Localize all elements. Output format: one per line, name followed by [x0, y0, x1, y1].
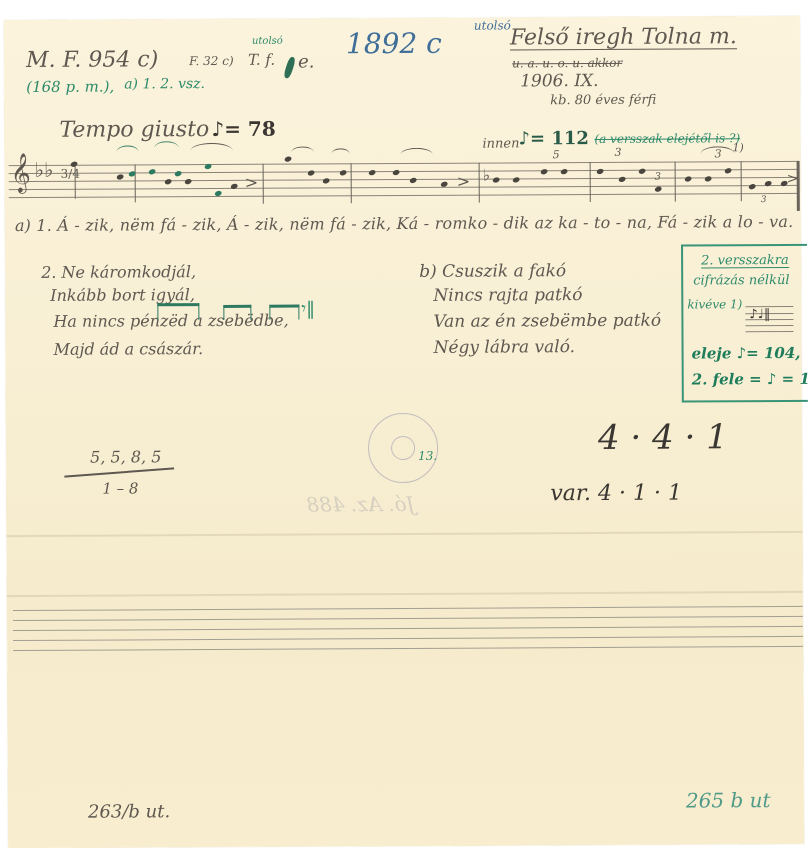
slur	[154, 141, 178, 154]
verse2-line: Majd ád a császár.	[54, 341, 204, 358]
side-box-tempo-2: 2. fele = ♪ = 120	[692, 372, 809, 388]
pm-ref: (168 p. m.),	[26, 80, 114, 95]
performer-info: kb. 80 éves férfi	[550, 94, 656, 108]
catalog-ref: M. F. 954 c)	[26, 49, 158, 72]
flat-key-icon: ♭♭	[35, 160, 54, 180]
analysis-denominator: 1 – 8	[102, 481, 138, 496]
struck-source-line: u. a. u. o. u. akkor	[512, 57, 622, 70]
struck-tempo-note: (a versszak elejétől is ?)	[594, 132, 740, 145]
footer-right-ref: 265 b ut	[686, 790, 771, 810]
barline	[590, 162, 592, 202]
slur	[116, 145, 138, 158]
variant-analysis: var. 4 · 1 · 1	[550, 483, 682, 506]
tuplet-3: 3	[761, 196, 767, 205]
blue-number: 1892 c	[346, 30, 442, 59]
verse-b-line: Négy lábra való.	[434, 339, 576, 357]
tempo-main-value: ♪= 78	[211, 119, 275, 139]
slur	[190, 143, 232, 158]
tempo-from-here-label: innen	[482, 137, 519, 150]
barline	[479, 163, 481, 203]
rest-double-bar-icon: 𝄾‖	[301, 300, 315, 318]
above-number-note: utolsó	[474, 19, 511, 31]
rhythm-beam	[269, 305, 299, 320]
fraction-line	[64, 467, 174, 477]
barline	[741, 161, 743, 201]
tuplet-5: 5	[553, 149, 560, 160]
stamp-mark: 13.	[418, 450, 437, 462]
form-analysis: 4 · 4 · 1	[598, 420, 728, 455]
ink-blot	[283, 56, 296, 79]
mini-notes-icon: ♪♩‖	[749, 308, 770, 321]
verse-ref: a) 1. 2. vsz.	[124, 77, 205, 91]
barline	[351, 163, 353, 203]
note	[284, 156, 292, 163]
side-box-line: kivéve 1)	[687, 298, 742, 310]
lyrics-verse-1: a) 1. Á - zik, nëm fá - zik, Á - zik, në…	[15, 214, 794, 234]
accent-icon: >	[457, 174, 470, 190]
slur	[701, 146, 735, 161]
faint-bleed-number: Jó. Az. 488	[306, 494, 414, 515]
rhythm-beam	[157, 303, 199, 320]
slur	[332, 148, 350, 159]
barline	[135, 164, 137, 202]
accent-icon: >	[787, 172, 799, 186]
side-box-tempo-1: eleje ♪= 104,	[692, 346, 801, 362]
stamp-emblem	[391, 436, 415, 460]
analysis-numerator: 5, 5, 8, 5	[90, 449, 161, 465]
time-signature: 3/4	[61, 168, 80, 180]
accent-icon: >	[245, 175, 258, 191]
catalog-ref-2: F. 32 c)	[189, 55, 234, 67]
paper-crease	[7, 531, 803, 537]
tuplet-3: 3	[615, 147, 622, 158]
above-tf-note: utolsó	[252, 37, 283, 47]
side-box-title: 2. versszakra	[701, 254, 789, 268]
tempo-from-here-value: ♪= 112	[518, 130, 589, 148]
paper-crease	[7, 591, 803, 597]
slur	[292, 146, 314, 157]
music-staff	[9, 161, 799, 201]
verse2-line: Inkább bort igyál,	[50, 287, 195, 304]
verse-b-line: Nincs rajta patkó	[433, 287, 582, 305]
barline	[263, 164, 265, 204]
verse-b-line: b) Csuszik a fakó	[419, 263, 566, 281]
slur	[401, 148, 433, 161]
collection-date: 1906. IX.	[520, 73, 598, 90]
footer-left-ref: 263/b ut.	[88, 803, 170, 821]
source-location: Felső iregh Tolna m.	[510, 26, 737, 50]
barline	[675, 162, 677, 202]
tempo-main: Tempo giusto	[59, 119, 209, 142]
treble-clef-icon: 𝄞	[11, 156, 31, 190]
tf-label: T. f.	[248, 53, 275, 68]
tuplet-3: 3	[655, 173, 661, 183]
rhythm-beam	[223, 305, 251, 320]
barline	[75, 163, 77, 199]
tf-suffix: e.	[298, 53, 314, 71]
empty-music-staff	[13, 606, 803, 654]
side-box-line: cifrázás nélkül	[693, 274, 789, 288]
manuscript-page: M. F. 954 c) F. 32 c) T. f. utolsó e. (1…	[4, 16, 804, 848]
verse-b-line: Van az én zsebëmbe patkó	[433, 313, 661, 331]
verse2-line: 2. Ne káromkodjál,	[41, 264, 196, 281]
flat-accidental-icon: ♭	[483, 168, 491, 184]
